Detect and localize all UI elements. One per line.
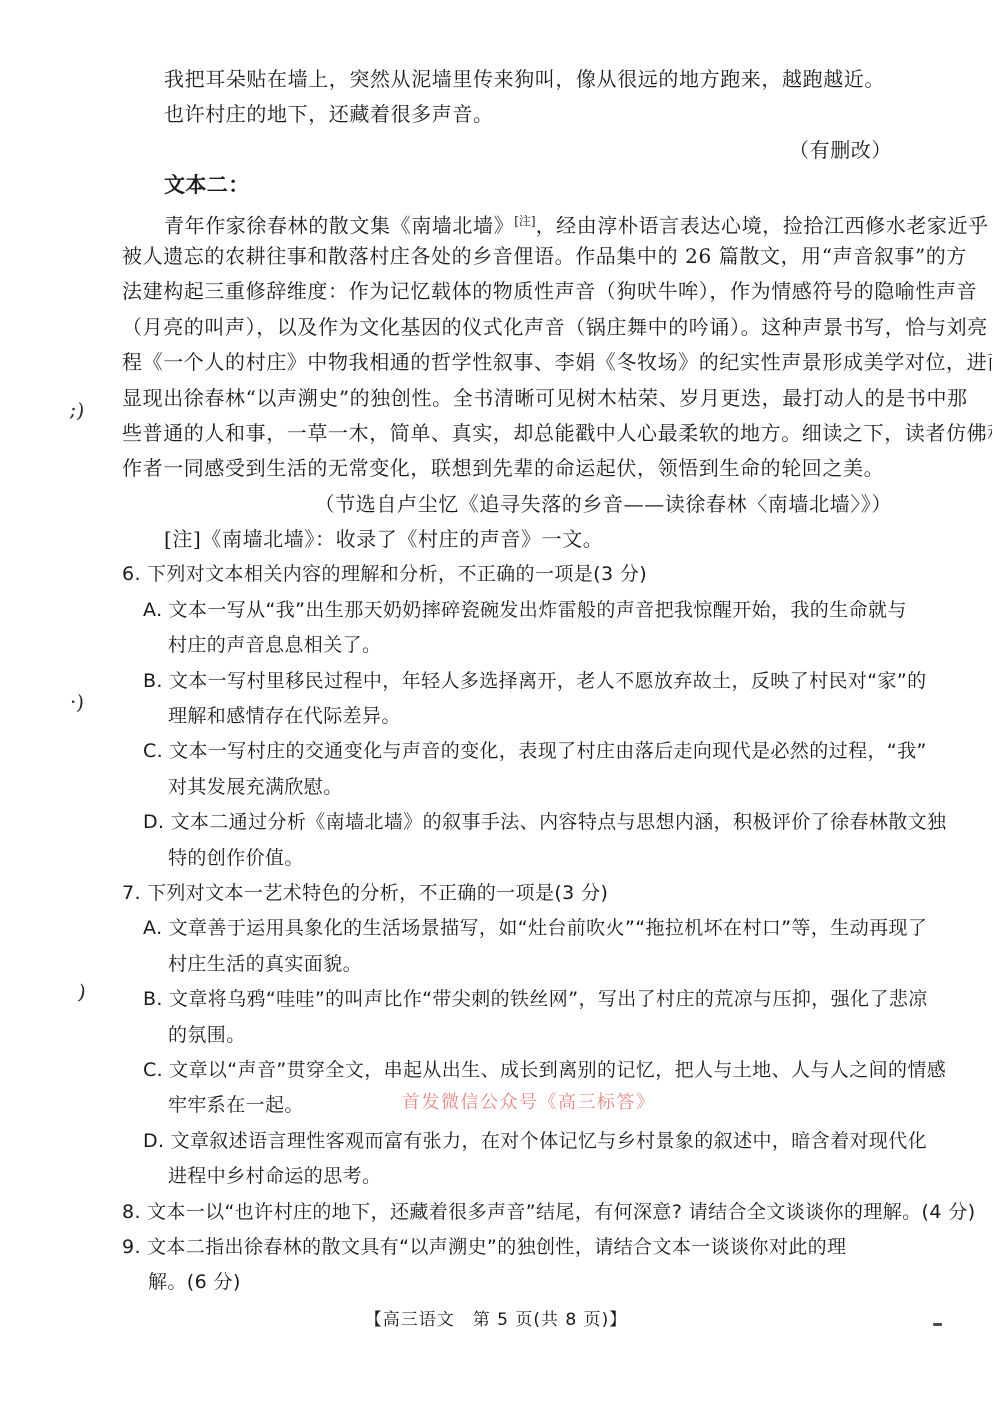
question-6-option-c-line-2: 对其发展充满欣慰。	[122, 770, 892, 805]
option-d-text: 文章叙述语言理性客观而富有张力，在对个体记忆与乡村景象的叙述中，暗含着对现代化	[170, 1130, 927, 1152]
passage-two-line-3: 法建构起三重修辞维度：作为记忆载体的物质性声音（狗吠牛哞），作为情感符号的隐喻性…	[122, 274, 892, 309]
passage-one-line-1: 我把耳朵贴在墙上，突然从泥墙里传来狗叫，像从很远的地方跑来，越跑越近。	[122, 62, 892, 97]
question-6-stem-text: 下列对文本相关内容的理解和分析，不正确的一项是(3 分)	[147, 563, 647, 585]
question-8-text: 文本一以“也许村庄的地下，还藏着很多声音”结尾，有何深意? 请结合全文谈谈你的理…	[147, 1201, 976, 1223]
question-7-option-c-line-1: C.文章以“声音”贯穿全文，串起从出生、成长到离别的记忆，把人与土地、人与人之间…	[122, 1053, 892, 1088]
question-6-option-a-line-2: 村庄的声音息息相关了。	[122, 628, 892, 663]
question-8-number: 8.	[122, 1201, 141, 1223]
option-a-text: 文本一写从“我”出生那天奶奶摔碎瓷碗发出炸雷般的声音把我惊醒开始，我的生命就与	[169, 599, 907, 621]
option-b-label: B.	[143, 988, 163, 1010]
question-7-option-a-line-1: A.文章善于运用具象化的生活场景描写，如“灶台前吹火”“拖拉机坏在村口”等，生动…	[122, 911, 892, 946]
option-d-label: D.	[143, 811, 164, 833]
note-superscript: [注]	[514, 214, 535, 228]
option-d-text: 文本二通过分析《南墙北墙》的叙事手法、内容特点与思想内涵，积极评价了徐春林散文独	[170, 811, 946, 833]
text-two-heading: 文本二：	[122, 168, 892, 203]
passage-two-line-5: 程《一个人的村庄》中物我相通的哲学性叙事、李娟《冬牧场》的纪实性声景形成美学对位…	[122, 345, 892, 380]
option-b-text: 文章将乌鸦“哇哇”的叫声比作“带尖刺的铁丝网”，写出了村庄的荒凉与压抑，强化了悲…	[169, 988, 928, 1010]
question-9-text: 文本二指出徐春林的散文具有“以声溯史”的独创性，请结合文本一谈谈你对此的理	[147, 1236, 847, 1258]
question-6-option-b-line-2: 理解和感情存在代际差异。	[122, 699, 892, 734]
question-6-option-c-line-1: C.文本一写村庄的交通变化与声音的变化，表现了村庄由落后走向现代是必然的过程，“…	[122, 734, 892, 769]
question-7-stem-text: 下列对文本一艺术特色的分析，不正确的一项是(3 分)	[147, 882, 608, 904]
question-7-stem: 7.下列对文本一艺术特色的分析，不正确的一项是(3 分)	[122, 876, 892, 911]
source-attribution: （节选自卢尘忆《追寻失落的乡音——读徐春林〈南墙北墙〉》）	[122, 487, 892, 522]
passage-two-line-8: 作者一同感受到生活的无常变化，联想到先辈的命运起伏，领悟到生命的轮回之美。	[122, 451, 892, 486]
question-6-option-b-line-1: B.文本一写村里移民过程中，年轻人多选择离开，老人不愿放弃故土，反映了村民对“家…	[122, 664, 892, 699]
question-7-option-b-line-2: 的氛围。	[122, 1018, 892, 1053]
question-7-option-d-line-2: 进程中乡村命运的思考。	[122, 1159, 892, 1194]
passage-two-line-1-post: ，经由淳朴语言表达心境，捡拾江西修水老家近乎	[536, 213, 989, 237]
question-6-stem: 6.下列对文本相关内容的理解和分析，不正确的一项是(3 分)	[122, 557, 892, 592]
red-watermark: 首发微信公众号《高三标答》	[402, 1088, 656, 1114]
question-7-number: 7.	[122, 882, 141, 904]
option-b-label: B.	[143, 670, 163, 692]
passage-two-line-6: 显现出徐春林“以声溯史”的独创性。全书清晰可见树木枯荣、岁月更迭，最打动人的是书…	[122, 381, 892, 416]
option-c-label: C.	[143, 1059, 163, 1081]
passage-two-line-7: 些普通的人和事，一草一木，简单、真实，却总能戳中人心最柔软的地方。细读之下，读者…	[122, 416, 892, 451]
question-7-option-b-line-1: B.文章将乌鸦“哇哇”的叫声比作“带尖刺的铁丝网”，写出了村庄的荒凉与压抑，强化…	[122, 982, 892, 1017]
option-c-text: 文章以“声音”贯穿全文，串起从出生、成长到离别的记忆，把人与土地、人与人之间的情…	[169, 1059, 946, 1081]
passage-two-line-1-pre: 青年作家徐春林的散文集《南墙北墙》	[164, 213, 514, 237]
question-6-option-d-line-2: 特的创作价值。	[122, 841, 892, 876]
question-6-option-a-line-1: A.文本一写从“我”出生那天奶奶摔碎瓷碗发出炸雷般的声音把我惊醒开始，我的生命就…	[122, 593, 892, 628]
page-content: 我把耳朵贴在墙上，突然从泥墙里传来狗叫，像从很远的地方跑来，越跑越近。 也许村庄…	[122, 62, 892, 1301]
option-c-label: C.	[143, 740, 163, 762]
option-a-label: A.	[143, 599, 163, 621]
question-7-option-a-line-2: 村庄生活的真实面貌。	[122, 947, 892, 982]
page-footer: 【高三语文 第 5 页(共 8 页)】	[0, 1305, 992, 1330]
option-c-text: 文本一写村庄的交通变化与声音的变化，表现了村庄由落后走向现代是必然的过程，“我”	[169, 740, 927, 762]
passage-two-line-1: 青年作家徐春林的散文集《南墙北墙》[注]，经由淳朴语言表达心境，捡拾江西修水老家…	[122, 204, 892, 239]
deletion-note: （有删改）	[122, 133, 892, 168]
question-7-option-d-line-1: D.文章叙述语言理性客观而富有张力，在对个体记忆与乡村景象的叙述中，暗含着对现代…	[122, 1124, 892, 1159]
question-9-number: 9.	[122, 1236, 141, 1258]
question-9-continuation: 解。(6 分)	[122, 1265, 892, 1300]
question-9: 9.文本二指出徐春林的散文具有“以声溯史”的独创性，请结合文本一谈谈你对此的理	[122, 1230, 892, 1265]
question-6-option-d-line-1: D.文本二通过分析《南墙北墙》的叙事手法、内容特点与思想内涵，积极评价了徐春林散…	[122, 805, 892, 840]
passage-two-line-4: （月亮的叫声），以及作为文化基因的仪式化声音（锅庄舞中的吟诵）。这种声景书写，恰…	[122, 310, 892, 345]
option-a-label: A.	[143, 917, 163, 939]
exam-page: 我把耳朵贴在墙上，突然从泥墙里传来狗叫，像从很远的地方跑来，越跑越近。 也许村庄…	[0, 0, 992, 1403]
passage-one-line-2: 也许村庄的地下，还藏着很多声音。	[122, 97, 892, 132]
question-6-number: 6.	[122, 563, 141, 585]
option-b-text: 文本一写村里移民过程中，年轻人多选择离开，老人不愿放弃故土，反映了村民对“家”的	[169, 670, 927, 692]
question-8: 8.文本一以“也许村庄的地下，还藏着很多声音”结尾，有何深意? 请结合全文谈谈你…	[122, 1195, 892, 1230]
option-d-label: D.	[143, 1130, 164, 1152]
passage-two-line-2: 被人遗忘的农耕往事和散落村庄各处的乡音俚语。作品集中的 26 篇散文，用“声音叙…	[122, 239, 892, 274]
scan-artifact-mark-1: ;)	[68, 397, 86, 423]
scan-artifact-mark-3: )	[76, 980, 88, 1005]
scan-artifact-mark-2: ·)	[69, 689, 85, 714]
footnote: [注]《南墙北墙》：收录了《村庄的声音》一文。	[122, 522, 892, 557]
option-a-text: 文章善于运用具象化的生活场景描写，如“灶台前吹火”“拖拉机坏在村口”等，生动再现…	[169, 917, 928, 939]
